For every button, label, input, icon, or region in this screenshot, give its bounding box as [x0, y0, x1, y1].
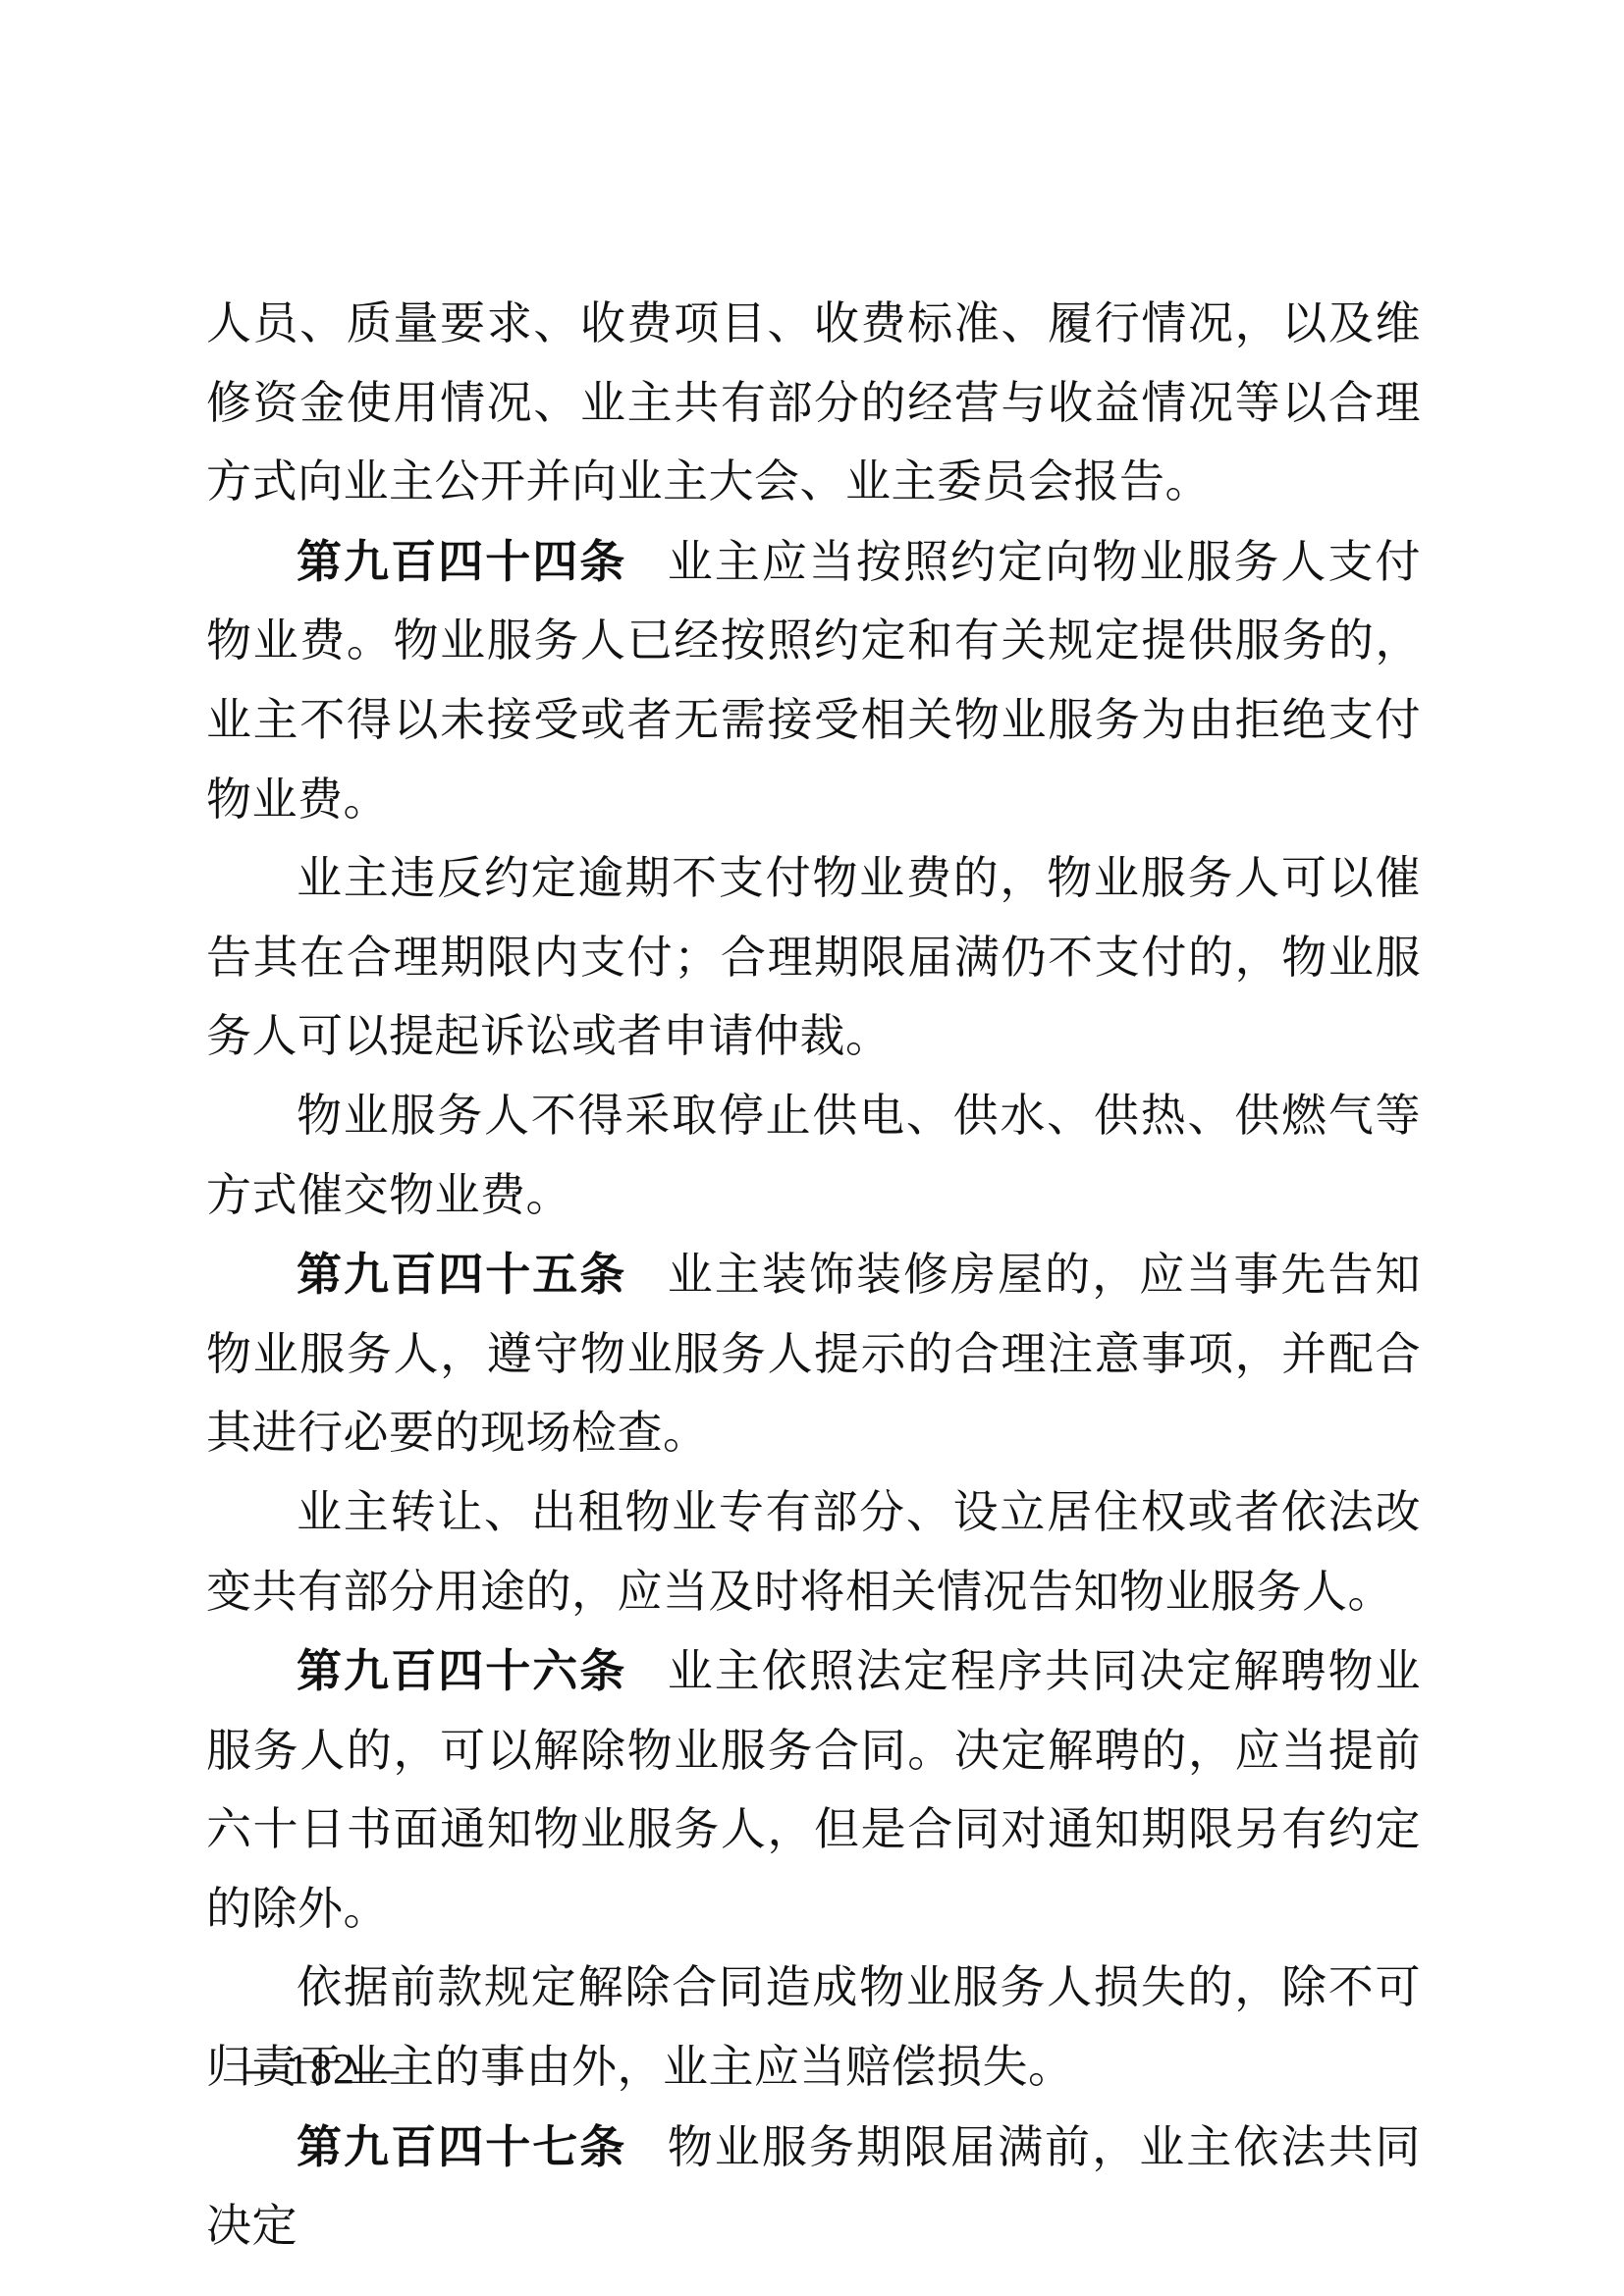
article-number: 第九百四十六条	[297, 1645, 626, 1696]
body-paragraph: 物业服务人不得采取停止供电、供水、供热、供燃气等方式催交物业费。	[206, 1077, 1421, 1235]
article-paragraph: 第九百四十五条业主装饰装修房屋的，应当事先告知物业服务人，遵守物业服务人提示的合…	[206, 1235, 1421, 1473]
article-number: 第九百四十五条	[297, 1249, 626, 1300]
article-paragraph: 第九百四十七条物业服务期限届满前，业主依法共同决定	[206, 2108, 1421, 2267]
body-paragraph: 业主违反约定逾期不支付物业费的，物业服务人可以催告其在合理期限内支付；合理期限届…	[206, 839, 1421, 1077]
document-body: 人员、质量要求、收费项目、收费标准、履行情况，以及维修资金使用情况、业主共有部分…	[206, 285, 1421, 2267]
paragraph-text: 人员、质量要求、收费项目、收费标准、履行情况，以及维修资金使用情况、业主共有部分…	[206, 298, 1421, 507]
article-number: 第九百四十七条	[297, 2121, 626, 2172]
article-number: 第九百四十四条	[297, 536, 626, 587]
paragraph-text: 业主违反约定逾期不支付物业费的，物业服务人可以催告其在合理期限内支付；合理期限届…	[206, 853, 1421, 1061]
article-paragraph: 第九百四十四条业主应当按照约定向物业服务人支付物业费。物业服务人已经按照约定和有…	[206, 522, 1421, 839]
paragraph-text: 业主转让、出租物业专有部分、设立居住权或者依法改变共有部分用途的，应当及时将相关…	[206, 1487, 1421, 1617]
paragraph-text: 物业服务人不得采取停止供电、供水、供热、供燃气等方式催交物业费。	[206, 1091, 1421, 1220]
article-paragraph: 第九百四十六条业主依照法定程序共同决定解聘物业服务人的，可以解除物业服务合同。决…	[206, 1631, 1421, 1949]
body-paragraph: 人员、质量要求、收费项目、收费标准、履行情况，以及维修资金使用情况、业主共有部分…	[206, 285, 1421, 522]
body-paragraph: 业主转让、出租物业专有部分、设立居住权或者依法改变共有部分用途的，应当及时将相关…	[206, 1473, 1421, 1631]
page-number: —182—	[244, 2040, 400, 2099]
document-page: 人员、质量要求、收费项目、收费标准、履行情况，以及维修资金使用情况、业主共有部分…	[0, 0, 1624, 2296]
